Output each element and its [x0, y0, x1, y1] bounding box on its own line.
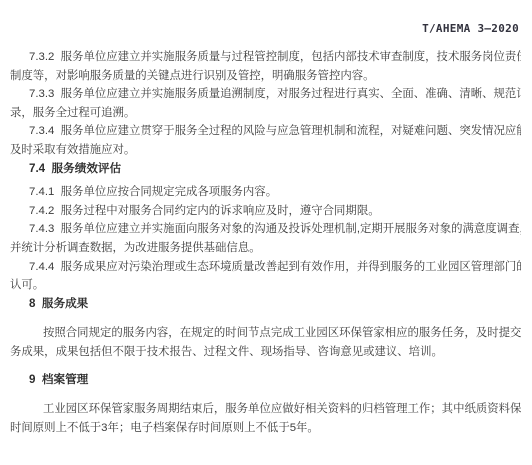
document-line: 务成果，成果包括但不限于技术报告、过程文件、现场指导、咨询意见或建议、培训。: [10, 343, 521, 362]
document-line: 7.4.4 服务成果应对污染治理或生态环境质量改善起到有效作用，并得到服务的工业…: [10, 258, 521, 277]
document-line: 工业园区环保管家服务周期结束后，服务单位应做好相关资料的归档管理工作；其中纸质资…: [10, 400, 521, 419]
paragraph: 7.4.3 服务单位应建立并实施面向服务对象的沟通及投诉处理机制,定期开展服务对…: [10, 220, 521, 257]
document-line: 及时采取有效措施应对。: [10, 141, 521, 160]
document-line: 录，服务全过程可追溯。: [10, 104, 521, 123]
doc-number: T/AHEMA 3—2020: [422, 22, 519, 35]
section-heading: 7.4 服务绩效评估: [10, 160, 521, 179]
paragraph: 7.3.4 服务单位应建立贯穿于服务全过程的风险与应急管理机制和流程，对疑难问题…: [10, 122, 521, 159]
document-line: 制度等，对影响服务质量的关键点进行识别及管控，明确服务管控内容。: [10, 67, 521, 86]
document-line: 7.4.1 服务单位应按合同规定完成各项服务内容。: [10, 183, 521, 202]
document-line: 7.4.2 服务过程中对服务合同约定内的诉求响应及时，遵守合同期限。: [10, 202, 521, 221]
document-content: 7.3.2 服务单位应建立并实施服务质量与过程管控制度，包括内部技术审查制度，技…: [10, 48, 521, 437]
document-line: 按照合同规定的服务内容，在规定的时间节点完成工业园区环保管家相应的服务任务，及时…: [10, 324, 521, 343]
document-line: 7.4.3 服务单位应建立并实施面向服务对象的沟通及投诉处理机制,定期开展服务对…: [10, 220, 521, 239]
document-line: 7.3.2 服务单位应建立并实施服务质量与过程管控制度，包括内部技术审查制度，技…: [10, 48, 521, 67]
paragraph: 按照合同规定的服务内容，在规定的时间节点完成工业园区环保管家相应的服务任务，及时…: [10, 324, 521, 361]
document-line: 9 档案管理: [10, 371, 521, 390]
paragraph: 7.4.4 服务成果应对污染治理或生态环境质量改善起到有效作用，并得到服务的工业…: [10, 258, 521, 295]
paragraph: 工业园区环保管家服务周期结束后，服务单位应做好相关资料的归档管理工作；其中纸质资…: [10, 400, 521, 437]
paragraph: 7.3.3 服务单位应建立并实施服务质量追溯制度，对服务过程进行真实、全面、准确…: [10, 85, 521, 122]
document-line: 7.3.3 服务单位应建立并实施服务质量追溯制度，对服务过程进行真实、全面、准确…: [10, 85, 521, 104]
document-line: 7.4 服务绩效评估: [10, 160, 521, 179]
document-line: 时间原则上不低于3年；电子档案保存时间原则上不低于5年。: [10, 419, 521, 438]
paragraph: 7.4.2 服务过程中对服务合同约定内的诉求响应及时，遵守合同期限。: [10, 202, 521, 221]
paragraph: 7.3.2 服务单位应建立并实施服务质量与过程管控制度，包括内部技术审查制度，技…: [10, 48, 521, 85]
section-heading: 8 服务成果: [10, 295, 521, 314]
document-page: T/AHEMA 3—2020 7.3.2 服务单位应建立并实施服务质量与过程管控…: [0, 0, 532, 465]
document-line: 认可。: [10, 276, 521, 295]
paragraph: 7.4.1 服务单位应按合同规定完成各项服务内容。: [10, 183, 521, 202]
document-line: 并统计分析调查数据，为改进服务提供基础信息。: [10, 239, 521, 258]
document-line: 7.3.4 服务单位应建立贯穿于服务全过程的风险与应急管理机制和流程，对疑难问题…: [10, 122, 521, 141]
section-heading: 9 档案管理: [10, 371, 521, 390]
document-line: 8 服务成果: [10, 295, 521, 314]
